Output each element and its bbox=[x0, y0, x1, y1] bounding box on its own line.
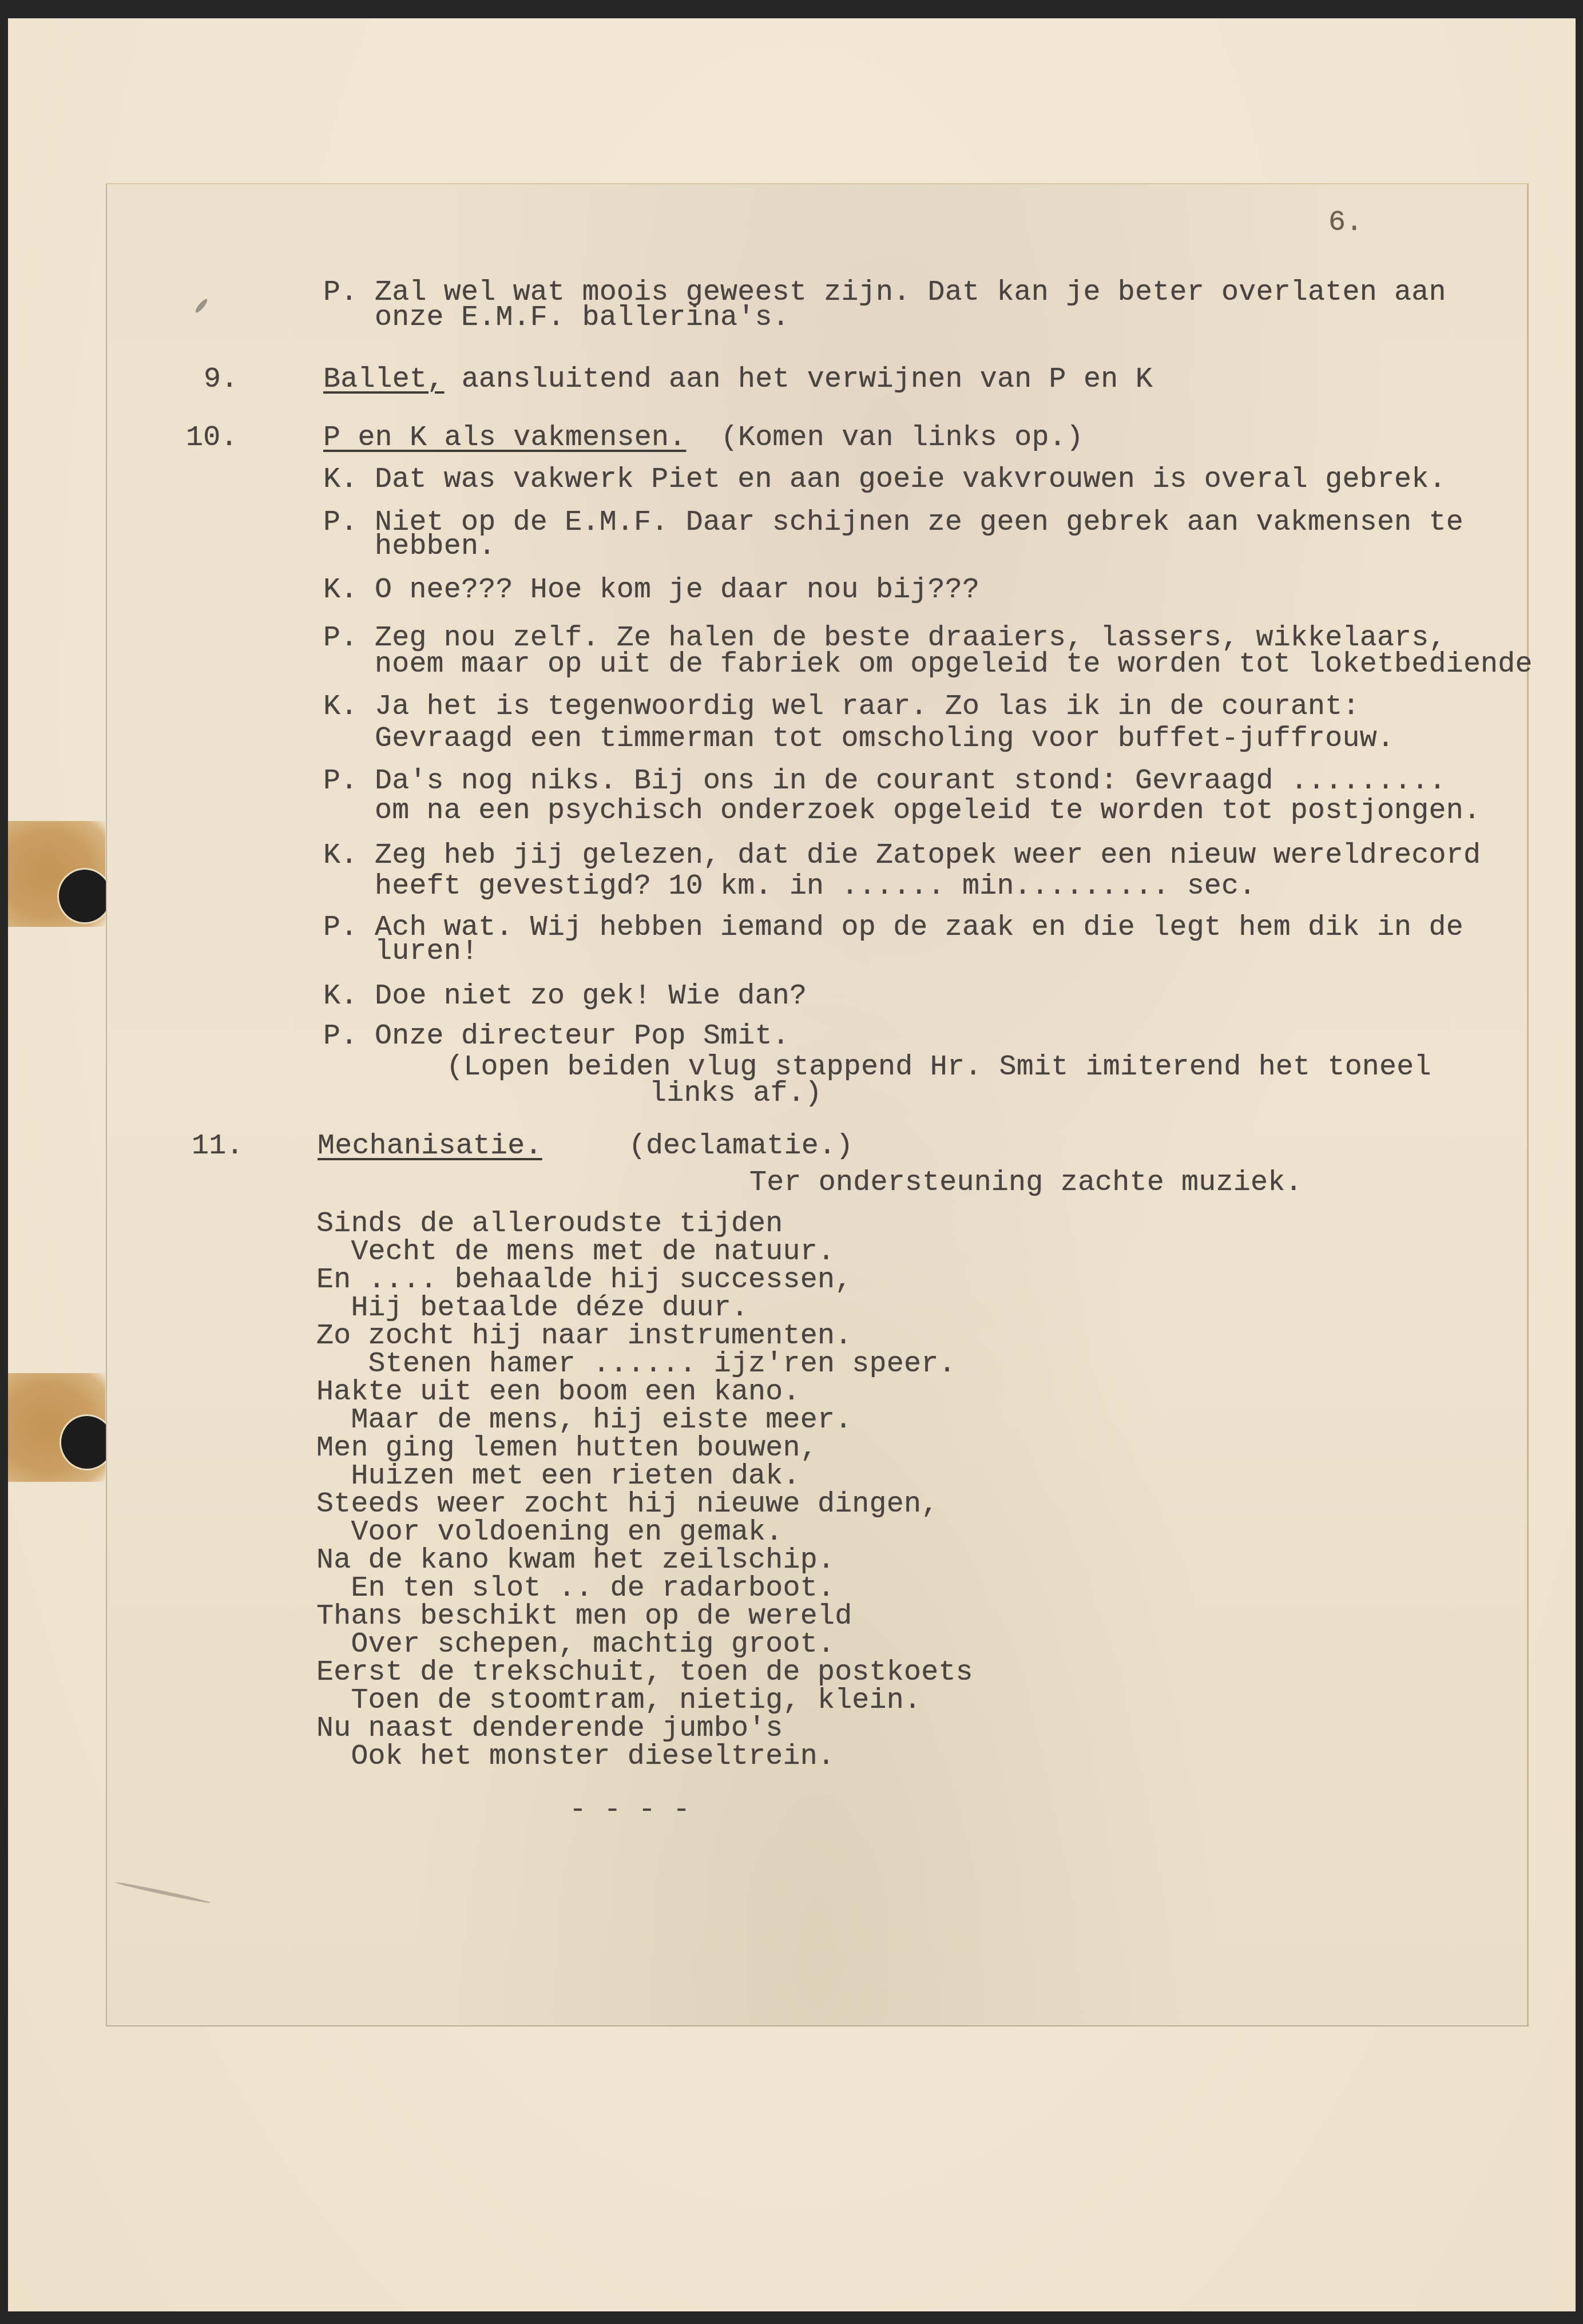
speaker-label: K. bbox=[323, 983, 358, 1010]
speech-line: Doe niet zo gek! Wie dan? bbox=[375, 983, 807, 1010]
speaker-label: P. bbox=[323, 625, 358, 652]
poem-line: Maar de mens, hij eiste meer. bbox=[316, 1407, 852, 1434]
speaker-label: K. bbox=[323, 693, 358, 721]
speech-line: heeft gevestigd? 10 km. in ...... min...… bbox=[375, 873, 1256, 901]
section-number: 10. bbox=[186, 425, 238, 452]
poem-line: Sinds de alleroudste tijden bbox=[316, 1211, 783, 1238]
poem-line: Huizen met een rieten dak. bbox=[316, 1463, 800, 1490]
speaker-label: K. bbox=[323, 842, 358, 870]
speaker-label: K. bbox=[323, 466, 358, 494]
speaker-label: K. bbox=[323, 577, 358, 604]
poem-line: Zo zocht hij naar instrumenten. bbox=[316, 1323, 852, 1350]
poem-line: En ten slot .. de radarboot. bbox=[316, 1575, 835, 1603]
poem-line: Ook het monster dieseltrein. bbox=[316, 1743, 835, 1771]
section-description: aansluitend aan het verwijnen van P en K bbox=[444, 363, 1152, 396]
poem-line: Men ging lemen hutten bouwen, bbox=[316, 1435, 818, 1462]
speech-line: O nee??? Hoe kom je daar nou bij??? bbox=[375, 577, 979, 604]
speech-line: noem maar op uit de fabriek om opgeleid … bbox=[375, 651, 1533, 679]
section-title: P en K als vakmensen. bbox=[323, 422, 686, 454]
section-heading: Ballet, aansluitend aan het verwijnen va… bbox=[323, 366, 1153, 394]
poem-line: Voor voldoening en gemak. bbox=[316, 1519, 783, 1546]
speaker-label: P. bbox=[323, 509, 358, 537]
speech-line: om na een psychisch onderzoek opgeleid t… bbox=[375, 798, 1481, 825]
poem-line: Toen de stoomtram, nietig, klein. bbox=[316, 1687, 921, 1715]
speech-line: Dat was vakwerk Piet en aan goeie vakvro… bbox=[375, 466, 1446, 494]
end-separator: - - - - bbox=[569, 1796, 690, 1824]
poem-line: Hij betaalde déze duur. bbox=[316, 1295, 748, 1322]
speech-line: hebben. bbox=[375, 533, 495, 561]
speech-line: Onze directeur Pop Smit. bbox=[375, 1023, 789, 1050]
stage-direction-line: links af.) bbox=[649, 1080, 822, 1108]
poem-line: Hakte uit een boom een kano. bbox=[316, 1379, 800, 1406]
section-description: (Komen van links op.) bbox=[686, 422, 1084, 454]
section-heading: Mechanisatie. (declamatie.) bbox=[318, 1133, 853, 1160]
speech-line: Niet op de E.M.F. Daar schijnen ze geen … bbox=[375, 509, 1463, 537]
poem-line: Vecht de mens met de natuur. bbox=[316, 1239, 835, 1266]
poem-line: Steeds weer zocht hij nieuwe dingen, bbox=[316, 1491, 938, 1518]
speaker-label: P. bbox=[323, 1023, 358, 1050]
section-number: 9. bbox=[204, 366, 238, 394]
speaker-label: P. bbox=[323, 768, 358, 795]
punch-hole-top bbox=[59, 870, 110, 922]
speech-line: Ja het is tegenwoordig wel raar. Zo las … bbox=[375, 693, 1360, 721]
punch-hole-bottom bbox=[61, 1416, 113, 1469]
poem-line: Na de kano kwam het zeilschip. bbox=[316, 1547, 835, 1575]
page-number: 6. bbox=[1328, 209, 1363, 237]
poem-line: Over schepen, machtig groot. bbox=[316, 1631, 835, 1659]
speech-line: Ach wat. Wij hebben iemand op de zaak en… bbox=[375, 914, 1463, 942]
speech-line: Da's nog niks. Bij ons in de courant sto… bbox=[375, 768, 1446, 795]
speech-line: luren! bbox=[375, 938, 478, 966]
section-title: Ballet, bbox=[323, 363, 444, 396]
section-title: Mechanisatie. bbox=[318, 1130, 542, 1163]
poem-line: Eerst de trekschuit, toen de postkoets bbox=[316, 1659, 973, 1687]
speaker-label: P. bbox=[323, 914, 358, 942]
poem-line: Stenen hamer ...... ijz'ren speer. bbox=[316, 1351, 956, 1378]
section-number: 11. bbox=[192, 1133, 244, 1160]
section-subnote: Ter ondersteuning zachte muziek. bbox=[749, 1169, 1303, 1197]
speech-line: Gevraagd een timmerman tot omscholing vo… bbox=[375, 725, 1394, 753]
section-description: (declamatie.) bbox=[542, 1130, 854, 1163]
speech-line: onze E.M.F. ballerina's. bbox=[375, 304, 789, 332]
speech-line: Zeg heb jij gelezen, dat die Zatopek wee… bbox=[375, 842, 1481, 870]
poem-line: Nu naast denderende jumbo's bbox=[316, 1715, 783, 1743]
poem-line: Thans beschikt men op de wereld bbox=[316, 1603, 852, 1631]
speaker-label: P. bbox=[323, 279, 358, 307]
poem-line: En .... behaalde hij successen, bbox=[316, 1267, 852, 1294]
stage-direction-line: (Lopen beiden vlug stappend Hr. Smit imi… bbox=[446, 1054, 1431, 1081]
section-heading: P en K als vakmensen. (Komen van links o… bbox=[323, 425, 1084, 452]
